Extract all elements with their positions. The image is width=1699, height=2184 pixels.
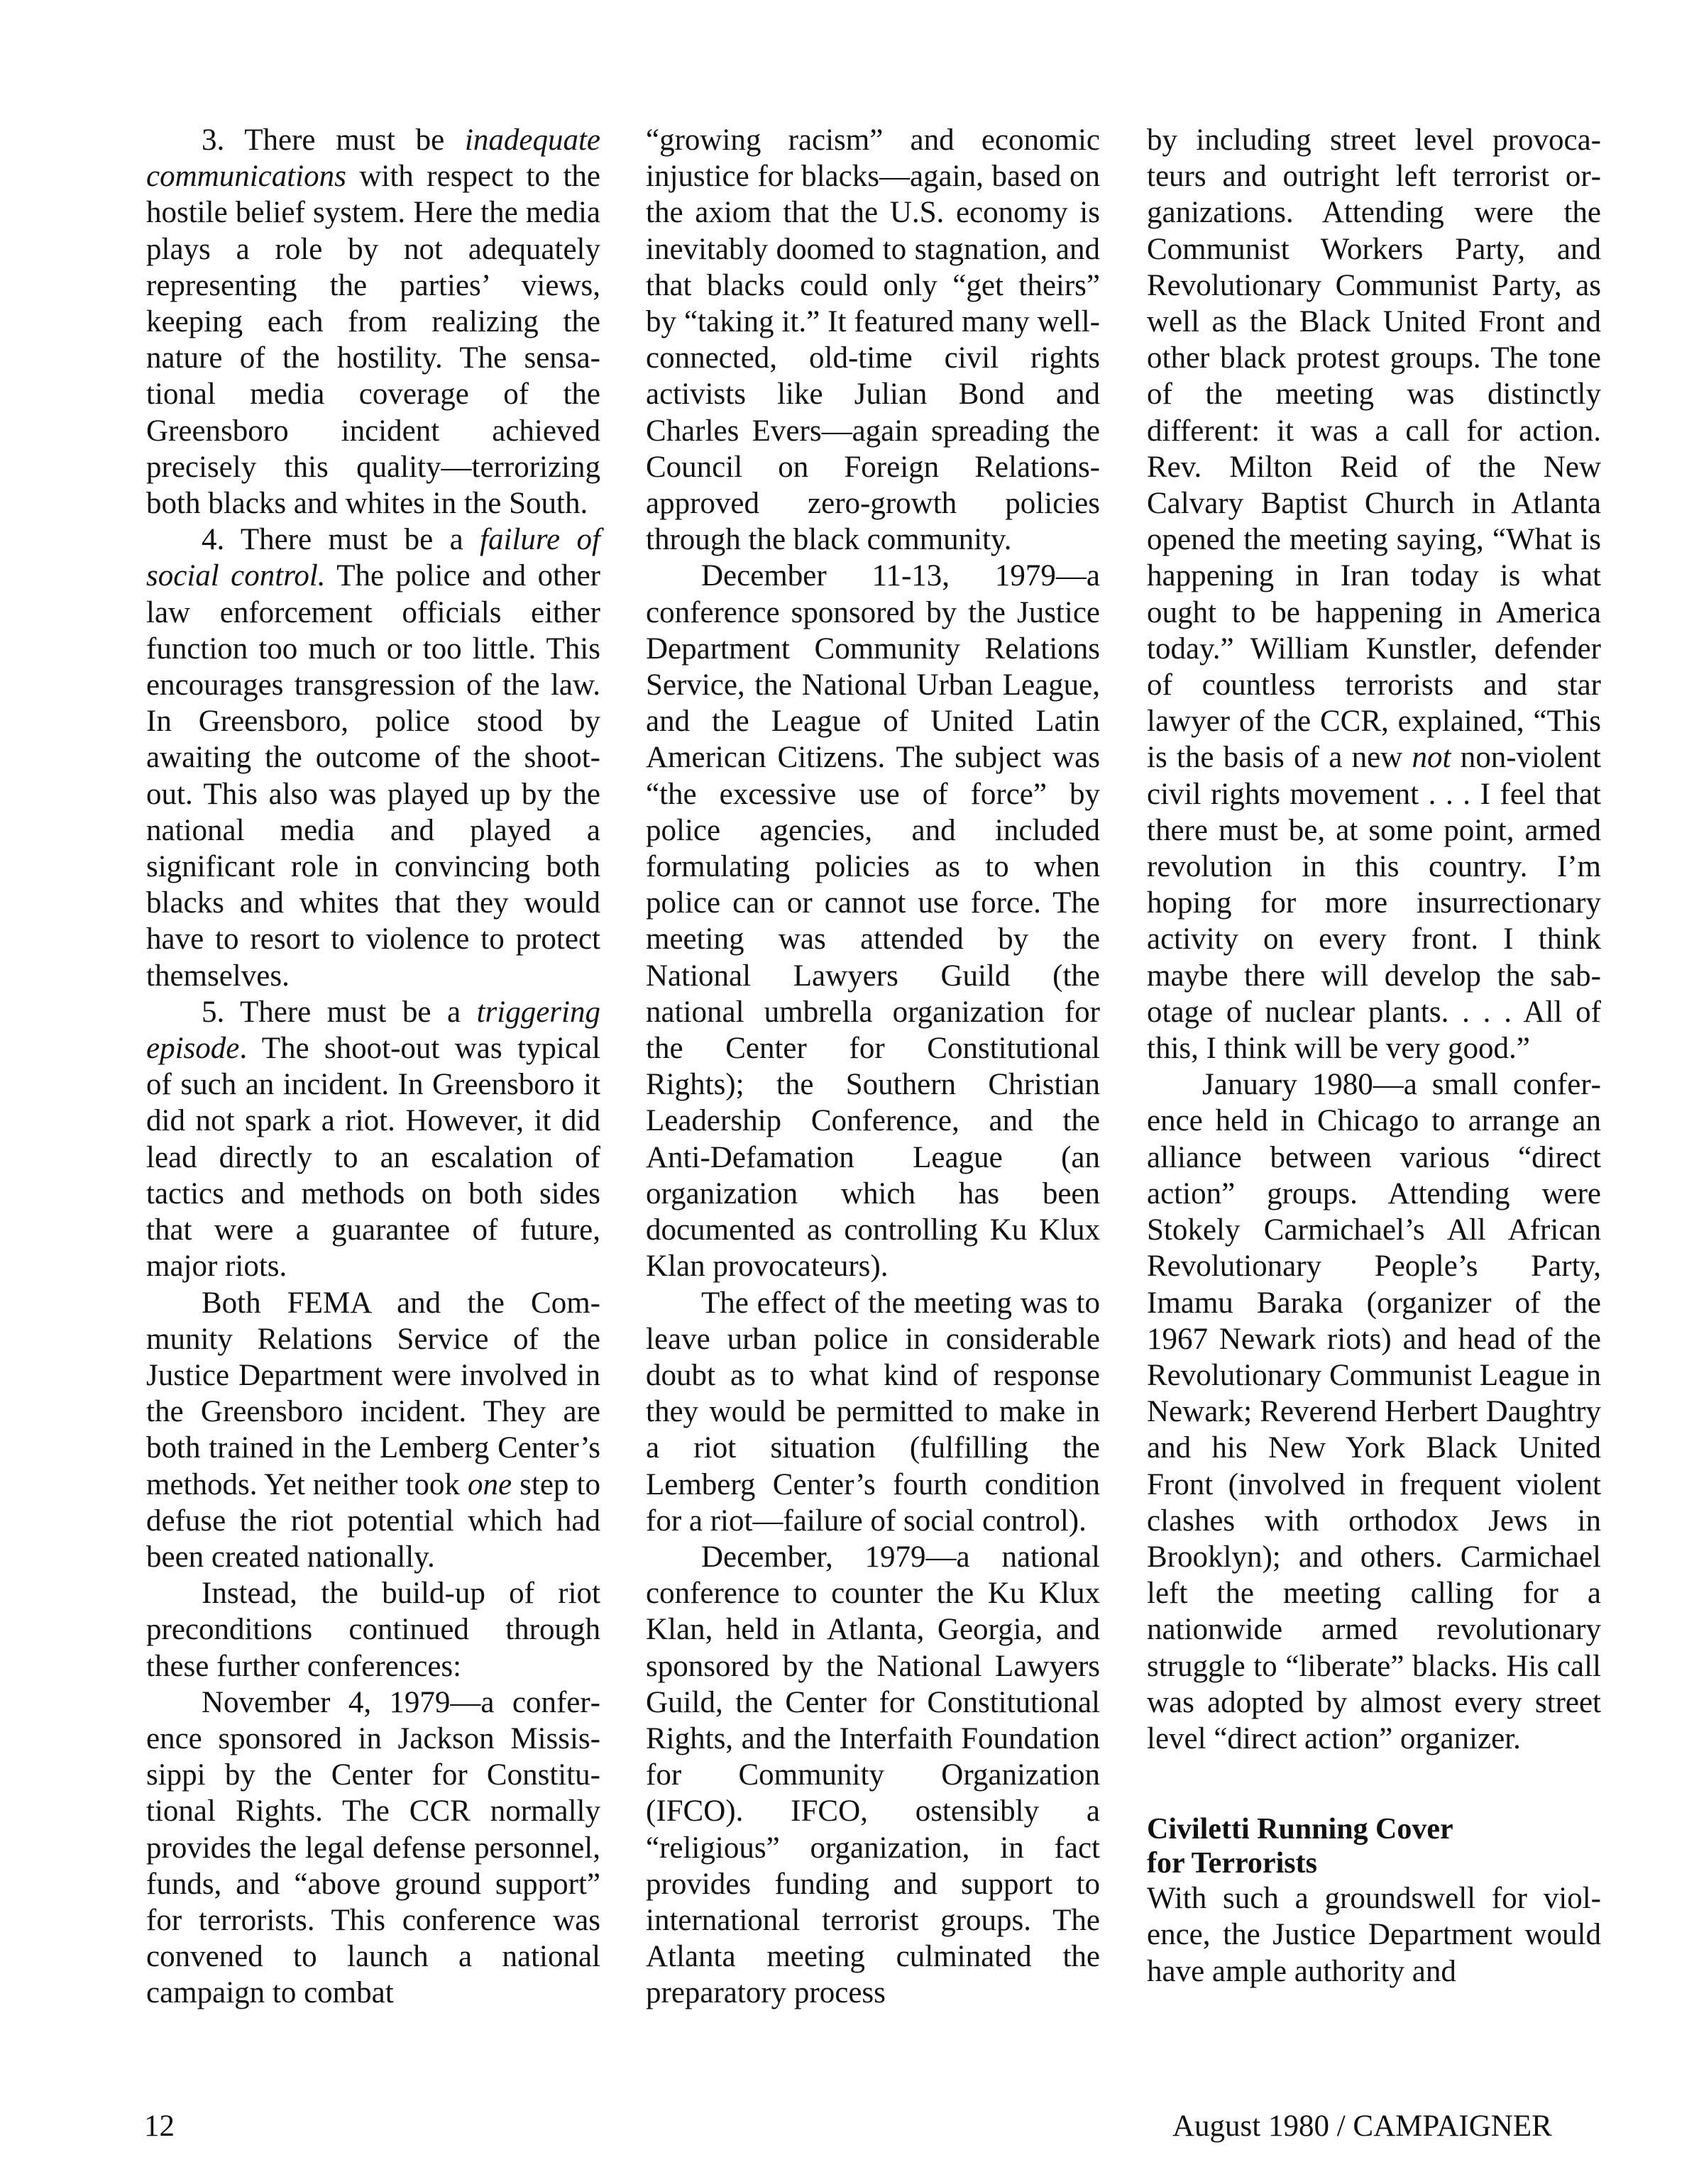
text-column-1: 3. There must be inadequate communicatio… — [146, 122, 600, 2012]
section-heading-line-2: for Terrorists — [1147, 1847, 1317, 1880]
paragraph: December, 1979—a national conference to … — [646, 1539, 1100, 2012]
section-heading-line-1: Civiletti Running Cover — [1147, 1813, 1453, 1846]
text-column-2: “growing racism” and economic injustice … — [646, 122, 1100, 2012]
running-footer: August 1980 / CAMPAIGNER — [1172, 2109, 1552, 2144]
paragraph: With such a groundswell for viol­ence, t… — [1147, 1880, 1601, 1990]
section-body: With such a groundswell for viol­ence, t… — [1147, 1880, 1601, 1990]
paragraph: by including street level provoca­teurs … — [1147, 122, 1601, 1066]
magazine-page: 3. There must be inadequate communicatio… — [0, 0, 1699, 2184]
paragraph: “growing racism” and economic injustice … — [646, 122, 1100, 558]
body-text: 5. There must be a — [202, 996, 477, 1029]
text-column-3: by including street level provoca­teurs … — [1147, 122, 1601, 1990]
paragraph: Instead, the build-up of riot preconditi… — [146, 1575, 600, 1684]
body-text: The police and other law enforcement off… — [146, 559, 600, 992]
body-text: December 11-13, 1979—a conference sponso… — [646, 559, 1100, 1283]
body-text: “growing racism” and economic injustice … — [646, 123, 1100, 556]
paragraph: The effect of the meeting was to leave u… — [646, 1285, 1100, 1539]
paragraph: December 11-13, 1979—a conference sponso… — [646, 558, 1100, 1284]
body-text: 4. There must be a — [202, 523, 480, 556]
page-number: 12 — [144, 2109, 175, 2144]
column-3-body: by including street level provoca­teurs … — [1147, 122, 1601, 1757]
body-text: by including street level provoca­teurs … — [1147, 123, 1601, 774]
body-text: January 1980—a small confer­ence held in… — [1147, 1068, 1601, 1755]
paragraph: 5. There must be a triggering episode. T… — [146, 994, 600, 1285]
paragraph: 4. There must be a failure of social con… — [146, 522, 600, 994]
paragraph: 3. There must be inadequate communicatio… — [146, 122, 600, 522]
paragraph: January 1980—a small confer­ence held in… — [1147, 1066, 1601, 1757]
paragraph: Both FEMA and the Com­munity Relations S… — [146, 1285, 600, 1576]
body-text: The effect of the meeting was to leave u… — [646, 1286, 1100, 1538]
body-text: . The shoot-out was typical of such an i… — [146, 1032, 600, 1283]
body-text: December, 1979—a national conference to … — [646, 1540, 1100, 2009]
body-text: Instead, the build-up of riot preconditi… — [146, 1577, 600, 1682]
paragraph: November 4, 1979—a confer­ence sponsored… — [146, 1684, 600, 2012]
emphasis-text: one — [468, 1468, 512, 1501]
body-text: With such a groundswell for viol­ence, t… — [1147, 1882, 1601, 1987]
body-text: non-violent civil rights movement . . . … — [1147, 741, 1601, 1065]
body-text: with respect to the hostile belief syste… — [146, 160, 600, 520]
body-text: 3. There must be — [202, 123, 465, 157]
emphasis-text: not — [1412, 741, 1451, 774]
section-heading: Civiletti Running Cover for Terrorists — [1147, 1812, 1601, 1880]
body-text: November 4, 1979—a confer­ence sponsored… — [146, 1686, 600, 2010]
